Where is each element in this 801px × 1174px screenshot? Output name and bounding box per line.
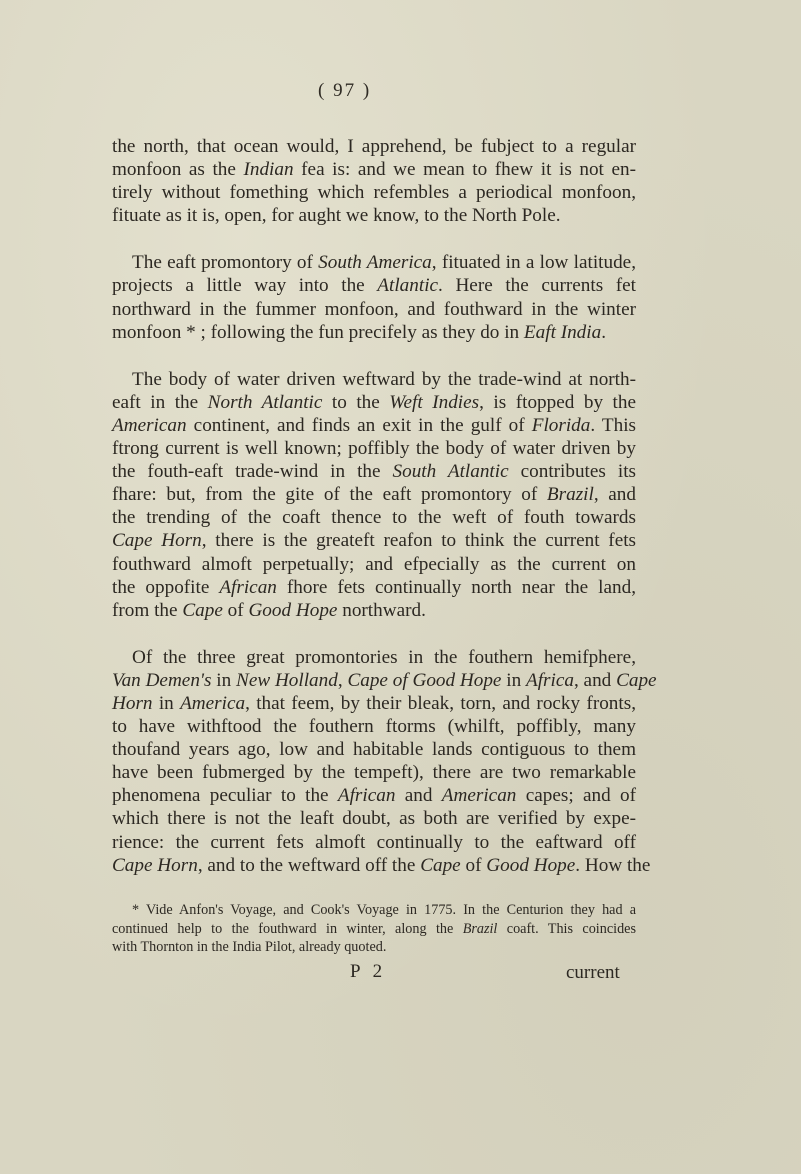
italic-text-run: Brazil [463,921,498,937]
text-run: ftrong current is well known; poffibly t… [112,438,636,459]
text-run: , fituated in a low latitude, [432,252,636,273]
italic-text-run: South America [318,252,432,273]
italic-text-run: Cape [420,855,461,876]
text-line: to have withftood the fouthern ftorms (w… [112,715,636,738]
italic-text-run: Van Demen's [112,670,212,691]
text-line: the north, that ocean would, I apprehend… [112,135,636,158]
text-run: . How the [575,855,650,876]
text-line: continued help to the fouthward in winte… [112,920,636,939]
text-line: the fouth-eaft trade-wind in the South A… [112,460,636,483]
text-line: the trending of the coaft thence to the … [112,506,636,529]
text-run: from the [112,600,182,621]
text-run: , there is the greateft reafon to think … [202,530,636,551]
italic-text-run: Brazil [547,484,594,505]
footnote: * Vide Anfon's Voyage, and Cook's Voyage… [112,901,636,957]
text-run: of [461,855,487,876]
paragraph-gap [112,227,636,251]
text-line: have been fubmerged by the tempeft), the… [112,761,636,784]
text-run: continent, and finds an exit in the gulf… [187,415,532,436]
text-run: northward in the fummer monfoon, and fou… [112,299,636,320]
italic-text-run: Horn [112,693,153,714]
text-run: the oppofite [112,577,219,598]
text-line: thoufand years ago, low and habitable la… [112,738,636,761]
text-line: fouthward almoft perpetually; and efpeci… [112,553,636,576]
text-run: The eaft promontory of [132,252,318,273]
text-line: The eaft promontory of South America, fi… [112,251,636,274]
text-run: have been fubmerged by the tempeft), the… [112,762,636,783]
italic-text-run: America [180,693,245,714]
book-page: ( 97 ) the north, that ocean would, I ap… [0,0,801,1174]
text-run: fituate as it is, open, for aught we kno… [112,205,561,226]
text-run: capes; and of [516,785,636,806]
text-line: Van Demen's in New Holland, Cape of Good… [112,669,636,692]
italic-text-run: Eaft India [524,322,601,343]
text-line: northward in the fummer monfoon, and fou… [112,298,636,321]
text-line: Cape Horn, there is the greateft reafon … [112,529,636,552]
text-run: monfoon * ; following the fun precifely … [112,322,524,343]
italic-text-run: Weft Indies [389,392,479,413]
text-run: monfoon as the [112,159,243,180]
text-line: fhare: but, from the gite of the eaft pr… [112,483,636,506]
text-run: eaft in the [112,392,208,413]
body-text: the north, that ocean would, I apprehend… [112,135,636,877]
italic-text-run: North Atlantic [208,392,323,413]
paragraph: The body of water driven weftward by the… [112,368,636,622]
text-run: of [223,600,249,621]
text-run: to the [322,392,389,413]
text-run: the fouth-eaft trade-wind in the [112,461,393,482]
text-line: Horn in America, that feem, by their ble… [112,692,636,715]
paragraph: the north, that ocean would, I apprehend… [112,135,636,227]
paragraph: Of the three great promontories in the f… [112,646,636,877]
text-run: * Vide Anfon's Voyage, and Cook's Voyage… [132,902,636,918]
text-run: in [153,693,181,714]
italic-text-run: Africa [526,670,574,691]
text-line: * Vide Anfon's Voyage, and Cook's Voyage… [112,901,636,920]
text-run: fouthward almoft perpetually; and efpeci… [112,554,636,575]
text-line: monfoon * ; following the fun precifely … [112,321,636,344]
text-run: . This [590,415,636,436]
text-run: rience: the current fets almoft continua… [112,832,636,853]
text-run: fea is: and we mean to fhew it is not en… [294,159,636,180]
italic-text-run: Cape Horn [112,855,198,876]
signature-mark: P 2 [350,961,386,983]
text-run: , is ftopped by the [479,392,636,413]
text-run: the north, that ocean would, I apprehend… [112,136,636,157]
text-run: , and [594,484,636,505]
text-line: rience: the current fets almoft continua… [112,831,636,854]
text-run: which there is not the leaft doubt, as b… [112,808,636,829]
paragraph-gap [112,344,636,368]
italic-text-run: African [338,785,396,806]
text-run: in [501,670,526,691]
italic-text-run: American [442,785,517,806]
text-run: . [601,322,606,343]
italic-text-run: Good Hope [248,600,337,621]
text-line: which there is not the leaft doubt, as b… [112,807,636,830]
text-run: , and to the weftward off the [198,855,420,876]
text-line: tirely without fomething which refembles… [112,181,636,204]
text-run: contributes its [509,461,636,482]
text-run: in [212,670,237,691]
text-run: northward. [337,600,425,621]
text-run: continued help to the fouthward in winte… [112,921,463,937]
italic-text-run: Cape [182,600,223,621]
text-run: tirely without fomething which refembles… [112,182,636,203]
text-run: thoufand years ago, low and habitable la… [112,739,636,760]
text-line: projects a little way into the Atlantic.… [112,274,636,297]
text-run: , that feem, by their bleak, torn, and r… [245,693,636,714]
page-number: ( 97 ) [318,80,371,102]
text-run: fhore fets continually north near the la… [277,577,636,598]
text-line: eaft in the North Atlantic to the Weft I… [112,391,636,414]
catchword: current [566,962,620,984]
page-number-open-paren: ( [318,80,326,101]
text-line: with Thornton in the India Pilot, alread… [112,938,636,957]
italic-text-run: South Atlantic [393,461,509,482]
page-number-value: 97 [333,80,356,101]
text-run: , [338,670,348,691]
text-line: Of the three great promontories in the f… [112,646,636,669]
text-run: , and [574,670,616,691]
text-run: coaft. This coincides [497,921,636,937]
text-run: projects a little way into the [112,275,377,296]
italic-text-run: Cape of Good Hope [347,670,501,691]
italic-text-run: Cape Horn [112,530,202,551]
text-line: Cape Horn, and to the weftward off the C… [112,854,636,877]
text-run: fhare: but, from the gite of the eaft pr… [112,484,547,505]
text-line: fituate as it is, open, for aught we kno… [112,204,636,227]
italic-text-run: Good Hope [486,855,575,876]
italic-text-run: Cape [616,670,657,691]
italic-text-run: Atlantic [377,275,438,296]
italic-text-run: Florida [532,415,591,436]
text-run: the trending of the coaft thence to the … [112,507,636,528]
text-run: with Thornton in the India Pilot, alread… [112,939,386,955]
italic-text-run: African [219,577,277,598]
italic-text-run: American [112,415,187,436]
text-line: American continent, and finds an exit in… [112,414,636,437]
text-run: to have withftood the fouthern ftorms (w… [112,716,636,737]
italic-text-run: Indian [243,159,293,180]
page-number-close-paren: ) [363,80,371,101]
text-run: The body of water driven weftward by the… [132,369,636,390]
text-line: ftrong current is well known; poffibly t… [112,437,636,460]
text-run: Of the three great promontories in the f… [132,647,636,668]
italic-text-run: New Holland [236,670,338,691]
text-run: . Here the currents fet [438,275,636,296]
paragraph-gap [112,622,636,646]
text-line: monfoon as the Indian fea is: and we mea… [112,158,636,181]
text-run: and [395,785,441,806]
text-run: phenomena peculiar to the [112,785,338,806]
text-line: The body of water driven weftward by the… [112,368,636,391]
text-line: from the Cape of Good Hope northward. [112,599,636,622]
text-line: phenomena peculiar to the African and Am… [112,784,636,807]
paragraph: The eaft promontory of South America, fi… [112,251,636,343]
text-line: the oppofite African fhore fets continua… [112,576,636,599]
